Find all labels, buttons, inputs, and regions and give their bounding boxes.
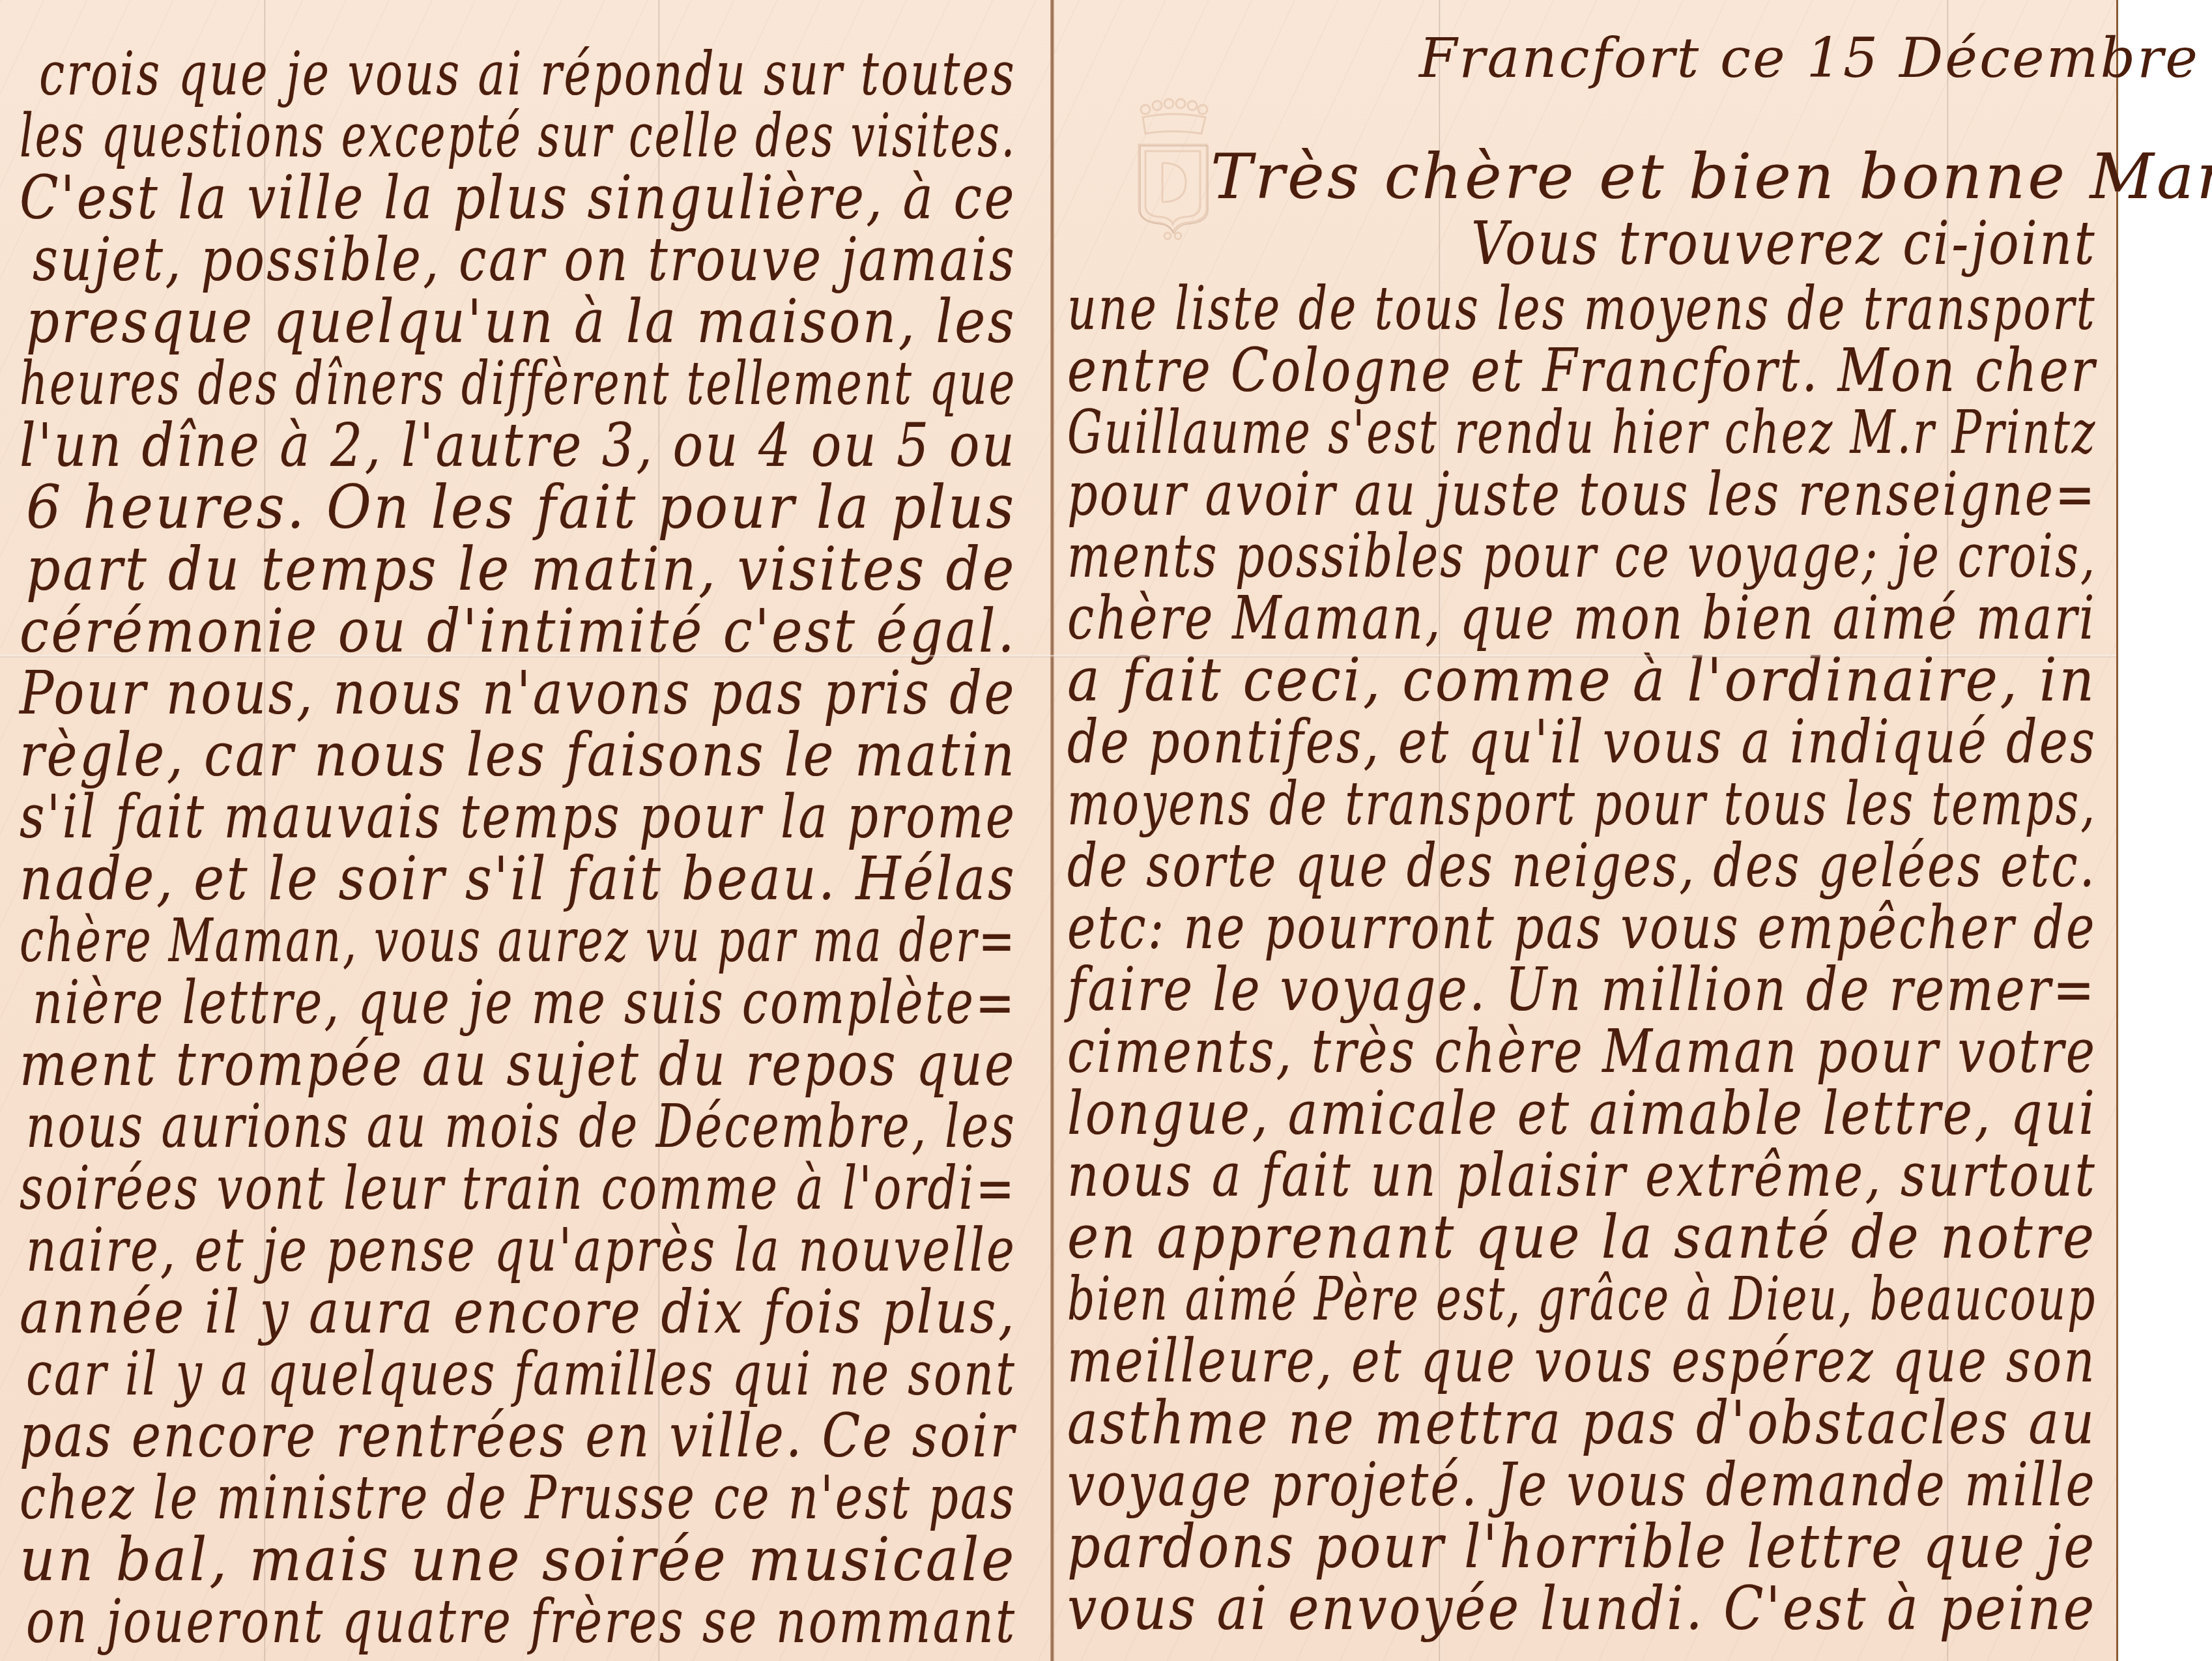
text-line: règle, car nous les faisons le matin [20, 720, 1016, 790]
embossed-crest-icon [1134, 98, 1212, 241]
text-line: longue, amicale et aimable lettre, qui [1067, 1078, 2097, 1148]
text-line: de sorte que des neiges, des gelées etc. [1067, 831, 2097, 901]
letter-sheet: crois que je vous ai répondu sur toutes … [0, 0, 2118, 1661]
text-line: année il y aura encore dix fois plus, [20, 1277, 1016, 1347]
text-line: ciments, très chère Maman pour votre [1067, 1017, 2097, 1086]
text-line: moyens de transport pour tous les temps, [1067, 769, 2097, 839]
text-line: car il y a quelques familles qui ne sont [26, 1339, 1016, 1409]
text-line: en apprenant que la santé de notre [1067, 1202, 2097, 1272]
text-line: etc: ne pourront pas vous empêcher de [1067, 893, 2097, 962]
text-line: soirées vont leur train comme à l'ordi= [20, 1153, 1016, 1223]
text-line: on joueront quatre frères se nommant [26, 1587, 1016, 1656]
text-line: entre Cologne et Francfort. Mon cher [1067, 336, 2097, 405]
text-line: voyage projeté. Je vous demande mille [1067, 1450, 2097, 1520]
text-line: chère Maman, vous aurez vu par ma der= [20, 906, 1016, 975]
text-line: 6 heures. On les fait pour la plus [26, 472, 1016, 542]
text-line: pardons pour l'horrible lettre que je [1067, 1512, 2097, 1582]
horizontal-fold [0, 655, 2116, 657]
right-page: Francfort ce 15 Décembre 1852. Très chèr… [1054, 0, 2116, 1661]
text-line: une liste de tous les moyens de transpor… [1067, 274, 2097, 343]
right-page-text: Vous trouverez ci-joint une liste de tou… [1054, 0, 2116, 1661]
left-page: crois que je vous ai répondu sur toutes … [0, 0, 1052, 1661]
text-line: nous a fait un plaisir extrême, surtout [1067, 1140, 2097, 1210]
text-line: pour avoir au juste tous les renseigne= [1067, 459, 2097, 529]
text-line: nous aurions au mois de Décembre, les [26, 1091, 1016, 1161]
text-line: sujet, possible, car on trouve jamais [33, 225, 1016, 295]
text-line: nade, et le soir s'il fait beau. Hélas [20, 844, 1016, 914]
text-line: meilleure, et que vous espérez que son [1067, 1326, 2097, 1396]
text-line: crois que je vous ai répondu sur toutes [39, 39, 1016, 109]
text-line: les questions excepté sur celle des visi… [20, 101, 1016, 171]
text-line: chère Maman, que mon bien aimé mari [1067, 583, 2097, 653]
text-line: Pour nous, nous n'avons pas pris de [20, 658, 1016, 728]
text-line: ments possibles pour ce voyage; je crois… [1067, 521, 2097, 591]
text-line: presque quelqu'un à la maison, les [26, 287, 1016, 356]
text-line: heures des dîners diffèrent tellement qu… [20, 349, 1016, 418]
text-line: pas encore rentrées en ville. Ce soir [20, 1401, 1016, 1471]
text-line: un bal, mais une soirée musicale [20, 1525, 1016, 1595]
text-line: C'est la ville la plus singulière, à ce [20, 163, 1016, 233]
text-line: part du temps le matin, visites de [26, 534, 1016, 604]
text-line: l'un dîne à 2, l'autre 3, ou 4 ou 5 ou [20, 411, 1016, 480]
text-line: faire le voyage. Un million de remer= [1067, 955, 2097, 1024]
text-line: asthme ne mettra pas d'obstacles au [1067, 1388, 2097, 1458]
text-line: naire, et je pense qu'après la nouvelle [26, 1215, 1016, 1285]
text-line: bien aimé Père est, grâce à Dieu, beauco… [1067, 1264, 2097, 1334]
text-line: nière lettre, que je me suis complète= [33, 968, 1016, 1037]
text-line: Vous trouverez ci-joint [1471, 209, 2097, 278]
text-line: chez le ministre de Prusse ce n'est pas [20, 1463, 1016, 1533]
text-line: s'il fait mauvais temps pour la prome [20, 782, 1016, 852]
text-line: Guillaume s'est rendu hier chez M.r Prin… [1067, 397, 2097, 467]
left-page-text: crois que je vous ai répondu sur toutes … [0, 0, 1052, 1661]
text-line: de pontifes, et qu'il vous a indiqué des [1067, 707, 2097, 777]
text-line: ment trompée au sujet du repos que [20, 1030, 1016, 1099]
text-line: vous ai envoyée lundi. C'est à peine [1067, 1574, 2097, 1643]
